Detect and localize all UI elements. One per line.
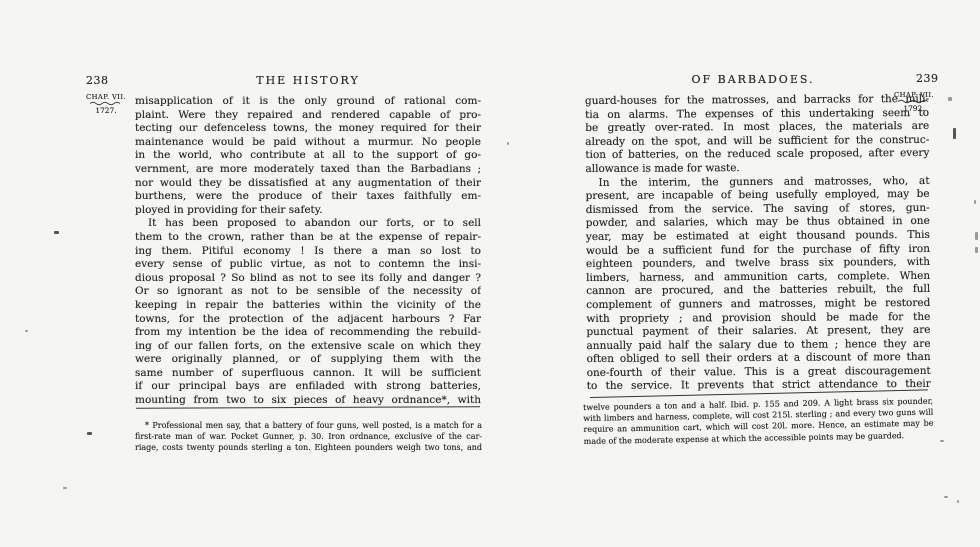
body-text-column: guard-houses for the matrosses, and barr… — [585, 93, 931, 394]
scan-artifact — [975, 232, 978, 240]
year-label: 1727. — [80, 106, 132, 115]
page-number: 238 — [86, 74, 109, 87]
text-line: riage, costs twenty pounds sterling a to… — [135, 443, 482, 454]
text-line: tecting our defenceless towns, the money… — [135, 122, 481, 136]
text-line: year, may be estimated at eight thousand… — [586, 229, 930, 245]
paragraph: guard-houses for the matrosses, and barr… — [585, 93, 929, 177]
book-scan-spread: 238 THE HISTORY CHAP. VII. 1727. misappl… — [0, 0, 980, 547]
running-header: THE HISTORY — [135, 74, 481, 87]
scan-artifact — [507, 142, 509, 145]
scan-artifact — [940, 440, 944, 442]
text-line: ing of our fallen forts, on the extensiv… — [135, 340, 481, 354]
text-line: from my intention be the idea of recomme… — [135, 326, 481, 340]
paragraph: In the interim, the gunners and matrosse… — [585, 174, 930, 394]
scan-artifact — [63, 487, 67, 489]
scan-artifact — [25, 330, 28, 332]
text-line: burthens, were the produce of their taxe… — [135, 190, 481, 204]
scan-artifact — [944, 496, 948, 498]
text-line: dious proposal ? So blind as not to see … — [135, 272, 481, 286]
text-line: were originally planned, or of supplying… — [135, 353, 481, 367]
text-line: vernment, are more moderately taxed than… — [135, 163, 481, 177]
scan-artifact — [87, 432, 92, 435]
chapter-label: CHAP. VII. — [80, 93, 132, 101]
running-header: OF BARBADOES. — [580, 73, 926, 86]
text-line: nor would they be dissatisfied at any au… — [135, 177, 481, 191]
text-line: tion of batteries, on the reduced scale … — [585, 147, 929, 163]
footnote: * Professional men say, that a battery o… — [135, 421, 482, 455]
paragraph: misapplication of it is the only ground … — [135, 95, 481, 217]
text-line: Or so ignorant as not to be sensible of … — [135, 285, 481, 299]
scan-artifact — [975, 247, 978, 253]
paragraph: It has been proposed to abandon our fort… — [135, 217, 481, 407]
text-line: It has been proposed to abandon our fort… — [135, 217, 481, 231]
scan-artifact — [948, 97, 952, 101]
text-line: first-rate man of war. Pocket Gunner, p.… — [135, 432, 482, 443]
text-line: ployed in providing for their safety. — [135, 204, 481, 218]
text-line: maintenance would be paid without a murm… — [135, 136, 481, 150]
scan-artifact — [54, 231, 59, 234]
text-line: them to the crown, rather than be at the… — [135, 231, 481, 245]
text-line: * Professional men say, that a battery o… — [135, 421, 482, 432]
text-line: in the world, who contribute at all to t… — [135, 149, 481, 163]
page-number: 239 — [916, 72, 939, 85]
body-text-column: misapplication of it is the only ground … — [135, 95, 481, 408]
text-line: keeping in repair the batteries within t… — [135, 299, 481, 313]
text-line: every sense of public virtue, as not to … — [135, 258, 481, 272]
text-line: if our principal bays are enfiladed with… — [135, 380, 481, 394]
scan-artifact — [974, 200, 976, 204]
text-line: same number of superfluous cannon. It wi… — [135, 367, 481, 381]
text-line: misapplication of it is the only ground … — [135, 95, 481, 109]
text-line: plaint. Were they repaired and rendered … — [135, 109, 481, 123]
footnote: twelve pounders a ton and a half. Ibid. … — [583, 397, 934, 448]
text-line: to the service. It prevents that strict … — [587, 378, 931, 394]
text-line: towns, for the protection of the adjacen… — [135, 313, 481, 327]
margin-note: CHAP. VII. 1727. — [80, 93, 132, 115]
scan-artifact — [957, 500, 959, 503]
scan-artifact — [953, 128, 956, 139]
text-line: ing them. Pitiful economy ! Is there a m… — [135, 245, 481, 259]
text-line: complement of gunners and matrosses, mig… — [586, 297, 930, 313]
